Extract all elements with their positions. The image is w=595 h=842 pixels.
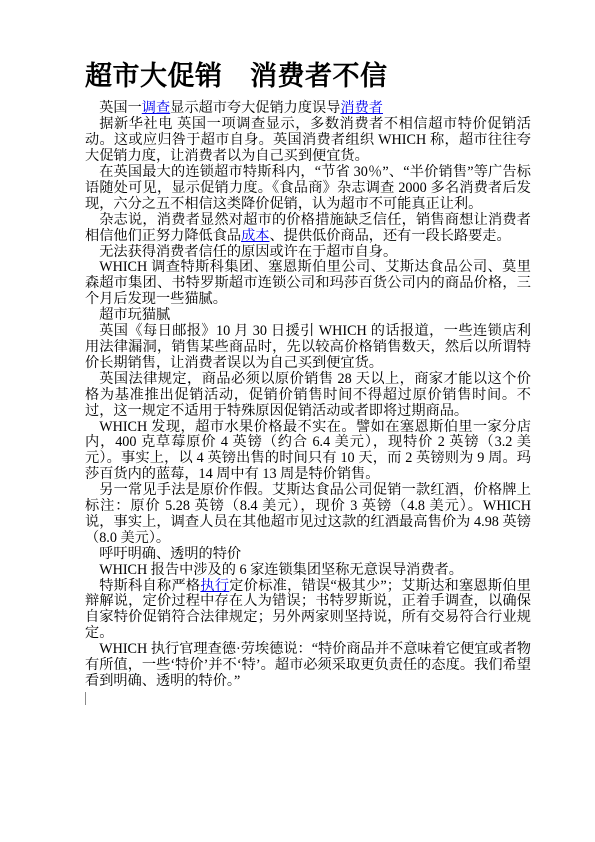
text-run: WHICH 调查特斯科集团、塞恩斯伯里公司、艾斯达食品公司、莫里森超市集团、书特…: [85, 259, 531, 307]
text-run: 特斯科自称严格: [99, 578, 200, 594]
section-heading: 超市玩猫腻: [85, 308, 531, 324]
text-run: WHICH 报告中涉及的 6 家连锁集团坚称无意误导消费者。: [99, 562, 463, 578]
text-run: 、提供低价商品，还有一段长路要走。: [269, 228, 510, 244]
text-run: 在英国最大的连锁超市特斯科内，“节省 30％”、“半价销售”等广告标语随处可见，…: [85, 164, 531, 212]
inline-link[interactable]: 成本: [241, 228, 269, 244]
paragraph: WHICH 调查特斯科集团、塞恩斯伯里公司、艾斯达食品公司、莫里森超市集团、书特…: [85, 260, 531, 308]
paragraph: 特斯科自称严格执行定价标准，错误“极其少”；艾斯达和塞恩斯伯里辩解说，定价过程中…: [85, 579, 531, 643]
document-page: 超市大促销 消费者不信 英国一调查显示超市夸大促销力度误导消费者据新华社电 英国…: [0, 0, 595, 842]
inline-link[interactable]: 消费者: [340, 100, 383, 116]
empty-line: [85, 692, 531, 706]
paragraph: WHICH 报告中涉及的 6 家连锁集团坚称无意误导消费者。: [85, 563, 531, 579]
paragraph: 英国《每日邮报》10 月 30 日援引 WHICH 的话报道，一些连锁店利用法律…: [85, 324, 531, 372]
paragraph: 另一常见手法是原价作假。艾斯达食品公司促销一款红酒，价格牌上标注：原价 5.28…: [85, 483, 531, 547]
text-run: WHICH 发现，超市水果价格最不实在。譬如在塞恩斯伯里一家分店内，400 克草…: [85, 419, 531, 483]
document-content: 超市大促销 消费者不信 英国一调查显示超市夸大促销力度误导消费者据新华社电 英国…: [85, 60, 531, 706]
text-run: 呼吁明确、透明的特价: [99, 546, 241, 562]
article-title: 超市大促销 消费者不信: [85, 60, 531, 92]
article-body: 英国一调查显示超市夸大促销力度误导消费者据新华社电 英国一项调查显示，多数消费者…: [85, 101, 531, 690]
text-run: 英国一: [99, 100, 142, 116]
text-run: 另一常见手法是原价作假。艾斯达食品公司促销一款红酒，价格牌上标注：原价 5.28…: [85, 482, 531, 546]
article-lede: 英国一调查显示超市夸大促销力度误导消费者: [85, 101, 531, 117]
paragraph: 在英国最大的连锁超市特斯科内，“节省 30％”、“半价销售”等广告标语随处可见，…: [85, 165, 531, 213]
text-run: WHICH 执行官理查德·劳埃德说：“特价商品并不意味着它便宜或者物有所值，一些…: [85, 641, 531, 689]
text-run: 无法获得消费者信任的原因或许在于超市自身。: [99, 244, 397, 260]
paragraph: WHICH 执行官理查德·劳埃德说：“特价商品并不意味着它便宜或者物有所值，一些…: [85, 642, 531, 690]
paragraph: 据新华社电 英国一项调查显示，多数消费者不相信超市特价促销活动。这或应归咎于超市…: [85, 117, 531, 165]
text-run: 英国法律规定，商品必须以原价销售 28 天以上，商家才能以这个价格为基准推出促销…: [85, 371, 531, 419]
paragraph: 杂志说，消费者显然对超市的价格措施缺乏信任，销售商想让消费者相信他们正努力降低食…: [85, 213, 531, 245]
text-run: 英国《每日邮报》10 月 30 日援引 WHICH 的话报道，一些连锁店利用法律…: [85, 323, 531, 371]
paragraph: 英国法律规定，商品必须以原价销售 28 天以上，商家才能以这个价格为基准推出促销…: [85, 372, 531, 420]
text-run: 据新华社电 英国一项调查显示，多数消费者不相信超市特价促销活动。这或应归咎于超市…: [85, 116, 531, 164]
inline-link[interactable]: 执行: [200, 578, 229, 594]
inline-link[interactable]: 调查: [142, 100, 170, 116]
section-heading: 呼吁明确、透明的特价: [85, 547, 531, 563]
text-run: 超市玩猫腻: [99, 307, 170, 323]
text-cursor[interactable]: [85, 692, 86, 705]
text-run: 显示超市夸大促销力度误导: [170, 100, 340, 116]
paragraph: WHICH 发现，超市水果价格最不实在。譬如在塞恩斯伯里一家分店内，400 克草…: [85, 420, 531, 484]
